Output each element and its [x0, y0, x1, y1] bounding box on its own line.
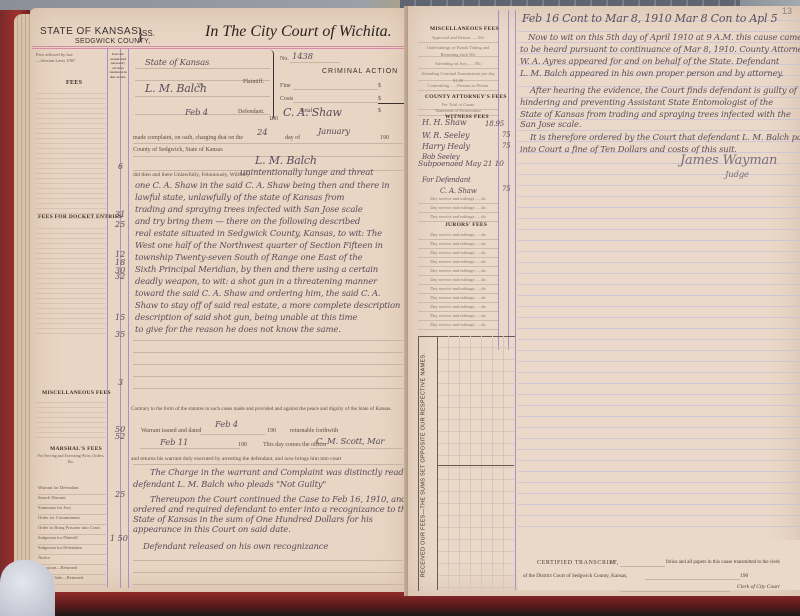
misc-fee-item: Committing.......Persons to Prison: [418, 82, 498, 91]
marshal-fees-heading: MARSHAL'S FEES: [50, 446, 102, 452]
fee-column-rule: [107, 48, 108, 588]
service-line: Day service and mileage......do: [418, 249, 498, 258]
county-attorney-heading: COUNTY ATTORNEY'S FEES: [425, 94, 507, 100]
total-label: Total: [300, 108, 312, 114]
marshal-item: Summons for Jury: [38, 505, 106, 515]
fee-column-rule-3: [515, 10, 516, 590]
fee-entry: 25: [115, 220, 125, 229]
rule: [133, 376, 403, 377]
fee-column-rule: [498, 10, 499, 350]
criminal-action-label: CRIMINAL ACTION: [322, 68, 398, 75]
defendant-name: L. M. Balch: [145, 82, 207, 95]
proceeding-line: ordered and required defendant to enter …: [133, 505, 411, 515]
witness-name: W. R. Seeley: [422, 131, 469, 140]
header-ss: SS.: [142, 29, 155, 38]
proceedings-line: W. A. Ayres appeared for and on behalf o…: [520, 57, 779, 67]
rule: [133, 584, 403, 585]
marshal-item: Subpoena for Defendant: [38, 545, 106, 555]
jurors-fees-heading: JURORS' FEES: [445, 222, 487, 228]
witness-fee: 75: [502, 131, 511, 139]
charge-line: and try bring them — there on the follow…: [135, 217, 360, 227]
charge-line: description of said shot gun, being unab…: [135, 313, 357, 323]
proceeding-line: The Charge in the warrant and Complaint …: [150, 468, 414, 478]
rule: [133, 364, 403, 365]
service-line: Day service and mileage......do: [418, 231, 498, 240]
complaint-day: 24: [257, 128, 267, 138]
proceedings-line: L. M. Balch appeared in his own proper p…: [520, 69, 783, 79]
marshal-item: Subpoena for Plaintiff: [38, 535, 106, 545]
fee-column-header: Fees for actual and necessary services r…: [108, 52, 128, 79]
statute-text: Contrary to the form of the statutes in …: [131, 404, 406, 415]
page-title: In The City Court of Wichita.: [205, 23, 392, 41]
receipt-signature-grid: [438, 336, 514, 590]
charge-line: toward the said C. A. Shaw and ordering …: [135, 289, 380, 299]
rule: [200, 434, 265, 435]
misc-text-block: [36, 398, 106, 438]
officer-name: C. M. Scott, Mar: [316, 437, 384, 447]
certified-text-2: of the District Court of Sedgwick County…: [523, 573, 627, 579]
service-line: Day service and mileage......do: [418, 213, 498, 222]
charge-line: Shaw to stay off of said real estate, a …: [135, 301, 400, 311]
rule: [620, 566, 665, 567]
fee-entry: 32: [115, 272, 125, 281]
charge-line: unintentionally lunge and threat: [240, 168, 373, 178]
year-label: 190: [238, 442, 247, 448]
header-state: STATE OF KANSAS,: [40, 26, 142, 37]
proceeding-line: Thereupon the Court continued the Case t…: [150, 495, 407, 505]
witness-name: H. H. Shaw: [422, 118, 466, 127]
return-date: Feb 11: [160, 438, 188, 448]
case-number: 1438: [292, 52, 313, 62]
service-line: Day service and mileage......do: [418, 195, 498, 204]
day-of-label: day of: [285, 135, 300, 141]
finding-line: San Jose scale.: [520, 120, 581, 130]
fees-heading: FEES: [66, 80, 82, 86]
clerk-label: Clerk of City Court: [737, 584, 780, 590]
marshal-item: Order for Commitment: [38, 515, 106, 525]
rule: [133, 143, 403, 144]
proceedings-line: Now to wit on this 5th day of April 1910…: [528, 33, 800, 43]
charge-line: lawful state, unlawfully of the state of…: [135, 193, 344, 203]
rule: [133, 560, 403, 561]
rule: [310, 448, 403, 449]
rule: [645, 579, 740, 580]
charge-line: township Twenty-seven South of Range one…: [135, 253, 362, 263]
service-line: Day service and mileage......do: [418, 276, 498, 285]
rule: [290, 62, 340, 63]
proceeding-line: defendant L. M. Balch who pleads "Not Gu…: [133, 480, 326, 490]
judge-title: Judge: [725, 170, 749, 180]
complaint-date: Feb 4: [185, 108, 208, 118]
service-line: Day service and mileage......do: [418, 294, 498, 303]
complainant-name: C. A. Shaw: [283, 106, 342, 119]
certified-transcript-label: CERTIFIED TRANSCRIPT,: [537, 560, 619, 566]
accused-name: L. M. Balch: [255, 154, 317, 167]
misc-fee-item: Approved and Return.......50c: [418, 34, 498, 43]
marshal-item: Order to Bring Prisoner into Court: [38, 525, 106, 535]
receipt-box-rule: [438, 465, 514, 466]
receipt-vertical-label: RECEIVED OUR FEES—THE SUMS SET OPPOSITE …: [417, 340, 429, 590]
return-text: and returns his warrant duly executed by…: [131, 456, 341, 462]
rule: [135, 96, 270, 97]
continuance-entry: Feb 16 Cont to Mar 8, 1910 Mar 8 Con to …: [522, 12, 777, 25]
rule: [135, 68, 270, 69]
year-label: 190: [267, 428, 276, 434]
proceeding-line: Defendant released on his own recognizan…: [143, 542, 328, 552]
fee-column-rule-3: [128, 48, 129, 588]
charge-line: to give for the reason he does not know …: [135, 325, 341, 335]
fee-entry: 25: [115, 490, 125, 499]
certified-year: 190: [740, 573, 748, 579]
brace-icon: [270, 50, 274, 120]
witness-name: Subpoenaed May 21 10: [418, 159, 504, 168]
order-line: It is therefore ordered by the Court tha…: [530, 133, 800, 143]
fine-dollar: $: [378, 83, 381, 89]
charge-line: one C. A. Shaw in the said C. A. Shaw be…: [135, 181, 389, 191]
fee-entry: 52: [115, 432, 125, 441]
fee-entry: 31: [115, 210, 125, 219]
glove-hand: [0, 560, 55, 616]
witness-fee: 18.95: [485, 120, 504, 128]
service-line: Day service and mileage......do: [418, 303, 498, 312]
certified-of: of: [610, 560, 615, 566]
fees-allowed-note: Fees allowed by law—Session Laws 1907: [36, 52, 76, 63]
marshal-fees-sub: For Serving and Executing Writs, Orders,…: [36, 453, 106, 464]
plaintiff-name: State of Kansas: [145, 58, 209, 68]
year-label: 190: [380, 135, 389, 141]
rule: [293, 102, 378, 103]
rule: [133, 464, 403, 465]
proceedings-line: to be heard pursuant to continuance of M…: [520, 45, 800, 55]
fee-entry: 35: [115, 330, 125, 339]
misc-fee-item: Attending Criminal Examination per day $…: [418, 70, 498, 81]
charge-line: real estate situated in Sedgwick County,…: [135, 229, 382, 239]
rule: [133, 572, 403, 573]
charge-preamble: did then and there Unlawfully, Felonious…: [133, 172, 250, 178]
misc-fees-heading: MISCELLANEOUS FEES: [430, 26, 499, 32]
witness-fee: 75: [502, 142, 511, 150]
marshal-item: Notice: [38, 555, 106, 565]
marshal-item: Search Warrant: [38, 495, 106, 505]
costs-dollar: $: [378, 96, 381, 102]
fee-entry: 6: [118, 162, 123, 171]
county-text: County of Sedgwick, State of Kansas: [133, 147, 223, 153]
proceeding-line: State of Kansas in the sum of One Hundre…: [133, 515, 373, 525]
rule: [133, 352, 403, 353]
charge-line: West one half of the Northwest quarter o…: [135, 241, 383, 251]
service-line: Day service and mileage......do: [418, 240, 498, 249]
marshal-item: Warrant for Defendant: [38, 485, 106, 495]
finding-line: State of Kansas from trading and sprayin…: [520, 110, 791, 120]
fee-entry: 3: [118, 378, 123, 387]
header-rule: [32, 46, 407, 47]
defendant-label: Defendant.: [238, 109, 265, 115]
witness-fee: 75: [502, 185, 511, 193]
certified-text-1: folios and all papers in this cause tran…: [666, 560, 780, 565]
misc-fee-item: Attending on Jury.......50c: [418, 60, 498, 69]
service-line: Day service and mileage......do: [418, 258, 498, 267]
header-rule-2: [32, 48, 407, 49]
witness-name: C. A. Shaw: [440, 187, 477, 195]
docket-text-block: [36, 224, 106, 334]
service-line: Day service and mileage......do: [418, 321, 498, 330]
proceeding-line: appearance in this Court on said date.: [133, 525, 291, 535]
rule: [293, 89, 378, 90]
rule: [133, 340, 403, 341]
warrant-label: Warrant issued and dated: [141, 428, 201, 434]
judge-signature: James Wayman: [680, 153, 777, 168]
charge-line: trading and spraying trees infected with…: [135, 205, 363, 215]
charge-line: deadly weapon, to wit: a shot gun in a t…: [135, 277, 377, 287]
fine-label: Fine: [280, 83, 291, 89]
service-line: Day service and mileage......do: [418, 312, 498, 321]
costs-label: Costs: [280, 96, 293, 102]
warrant-date: Feb 4: [215, 420, 238, 430]
witness-name: For Defendant: [422, 176, 471, 184]
fees-text-block: [36, 89, 106, 219]
witness-name: Harry Healy: [422, 142, 470, 151]
rule: [133, 388, 403, 389]
rule: [140, 448, 240, 449]
complaint-month: January: [318, 127, 350, 137]
finding-line: hindering and preventing Assistant State…: [520, 98, 773, 108]
returnable-label: returnable forthwith: [290, 428, 338, 434]
docket-entries-heading: FEES FOR DOCKET ENTRIES: [38, 214, 122, 220]
case-number-label: No.: [280, 56, 289, 62]
service-line: Day service and mileage......do: [418, 204, 498, 213]
misc-fees-heading: MISCELLANEOUS FEES: [42, 390, 111, 396]
service-line: Day service and mileage......do: [418, 285, 498, 294]
complaint-text: made complaint, on oath, charging that o…: [133, 135, 243, 141]
misc-fee-item: Undertakings or Bonds Taking and Returni…: [418, 44, 498, 57]
finding-line: After hearing the evidence, the Court fi…: [530, 86, 797, 96]
total-dollar: $: [378, 108, 381, 114]
service-line: Day service and mileage......do: [418, 267, 498, 276]
charge-line: Sixth Principal Meridian, by then and th…: [135, 265, 378, 275]
fee-entry: 15: [115, 313, 125, 322]
plaintiff-label: Plaintiff.: [243, 79, 264, 85]
fee-entry: 1 50: [110, 534, 128, 543]
fee-column-rule-2: [508, 10, 509, 350]
receipt-vertical-text: RECEIVED OUR FEES—THE SUMS SET OPPOSITE …: [420, 353, 426, 578]
rule: [620, 591, 730, 592]
